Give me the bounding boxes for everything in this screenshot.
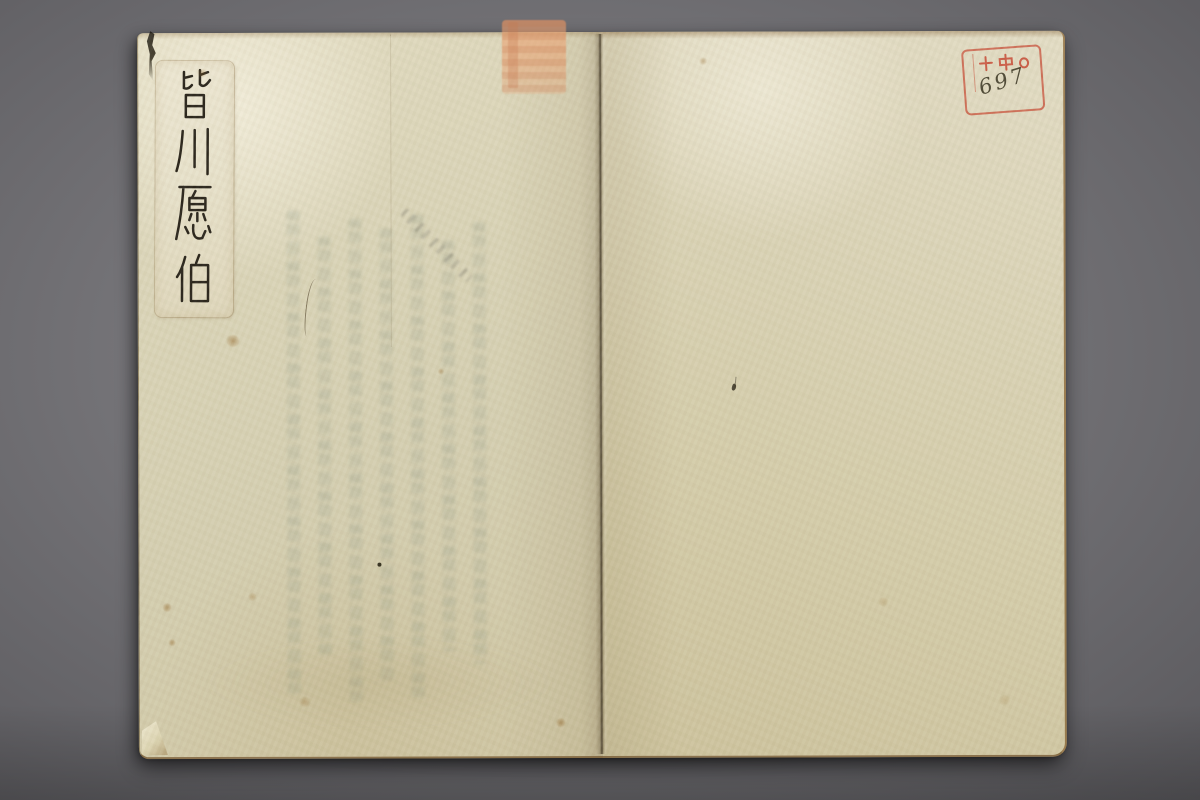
foxing-spot [438,368,444,374]
ink-speck [377,563,381,567]
accession-stamp: 697 [961,44,1046,116]
right-page [601,31,1067,758]
fold-crease [390,35,392,347]
foxing-spot [197,69,207,77]
book-gutter [594,34,608,754]
tape-remnant [502,20,566,94]
showthrough-column [411,214,425,697]
foxing-spot [169,639,176,646]
showthrough-column [287,211,301,694]
foxing-spot [556,718,566,727]
foxing-spot [163,603,172,612]
foxing-spot [879,597,889,606]
photo-background: 697 [0,0,1200,800]
open-book: 697 [137,31,1065,757]
foxing-spot [999,695,1011,705]
title-calligraphy [172,67,217,311]
showthrough-column [473,222,487,664]
title-slip [155,61,234,317]
foxing-spot [249,593,257,601]
showthrough-column [442,240,456,651]
foxing-spot [226,335,240,347]
showthrough-column [318,237,332,659]
showthrough-column [349,219,363,702]
worn-corner [142,721,168,755]
foxing-spot [699,58,707,65]
foxing-spot [299,697,311,707]
